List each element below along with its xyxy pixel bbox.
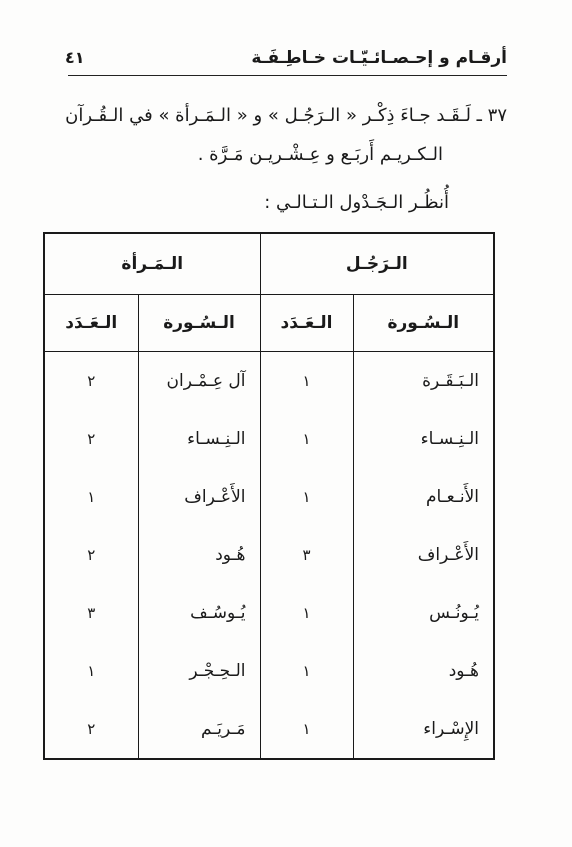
surah-cell-man: الـنِـسـاء [353,410,494,468]
surah-cell-man: الأَعْـراف [353,526,494,584]
surah-count-table: الـرَجُـل الـمَـرأة الـسُـورة الـعَـدَد … [43,232,495,760]
header-rule [68,75,507,76]
page-number: ٤١ [65,48,85,67]
table-row: الـنِـسـاء١الـنِـسـاء٢ [44,410,494,468]
count-cell-woman: ٢ [44,352,138,411]
group-header-woman: الـمَـرأة [44,233,260,295]
paragraph: ٣٧ ـ لَـقَـد جـاءَ ذِكْـر « الـرَجُـل » … [60,96,507,222]
book-page: أرقـام و إحـصـائـيّـات خـاطِـفَـة ٤١ ٣٧ … [0,0,572,847]
count-cell-man: ١ [260,642,353,700]
column-header-count-man: الـعَـدَد [260,295,353,352]
surah-cell-woman: آل عِـمْـران [138,352,260,411]
surah-cell-woman: هُـود [138,526,260,584]
count-cell-woman: ٢ [44,410,138,468]
table-row: الـبَـقَـرة١آل عِـمْـران٢ [44,352,494,411]
surah-cell-man: الـبَـقَـرة [353,352,494,411]
column-header-surah-man: الـسُـورة [353,295,494,352]
count-cell-woman: ٢ [44,526,138,584]
count-cell-man: ٣ [260,526,353,584]
table-row: هُـود١الـحِـجْـر١ [44,642,494,700]
surah-cell-woman: يُـوسُـف [138,584,260,642]
group-header-man: الـرَجُـل [260,233,494,295]
surah-cell-woman: مَـريَـم [138,700,260,759]
count-cell-woman: ٣ [44,584,138,642]
book-title: أرقـام و إحـصـائـيّـات خـاطِـفَـة [251,48,507,68]
surah-cell-man: الإِسْـراء [353,700,494,759]
paragraph-line-2: الـكـريـم أَربَـع و عِـشْـريـن مَـرَّة . [60,135,443,174]
surah-cell-woman: الـنِـسـاء [138,410,260,468]
count-cell-man: ١ [260,352,353,411]
column-header-surah-woman: الـسُـورة [138,295,260,352]
running-head: أرقـام و إحـصـائـيّـات خـاطِـفَـة ٤١ [65,0,507,68]
paragraph-line-3: أُنظُـر الـجَـدْول الـتـالـي : [60,183,449,222]
surah-cell-woman: الـحِـجْـر [138,642,260,700]
paragraph-line-1: ٣٧ ـ لَـقَـد جـاءَ ذِكْـر « الـرَجُـل » … [60,96,507,135]
surah-cell-man: يُـونُـس [353,584,494,642]
count-cell-woman: ٢ [44,700,138,759]
table-row: يُـونُـس١يُـوسُـف٣ [44,584,494,642]
count-cell-man: ١ [260,410,353,468]
column-header-count-woman: الـعَـدَد [44,295,138,352]
surah-cell-man: الأَنـعـام [353,468,494,526]
column-header-row: الـسُـورة الـعَـدَد الـسُـورة الـعَـدَد [44,295,494,352]
count-cell-man: ١ [260,468,353,526]
surah-cell-woman: الأَعْـراف [138,468,260,526]
group-header-row: الـرَجُـل الـمَـرأة [44,233,494,295]
count-cell-man: ١ [260,700,353,759]
count-cell-woman: ١ [44,642,138,700]
table-body: الـبَـقَـرة١آل عِـمْـران٢الـنِـسـاء١الـن… [44,352,494,760]
count-cell-man: ١ [260,584,353,642]
table-row: الأَعْـراف٣هُـود٢ [44,526,494,584]
surah-cell-man: هُـود [353,642,494,700]
count-cell-woman: ١ [44,468,138,526]
table-row: الأَنـعـام١الأَعْـراف١ [44,468,494,526]
table-row: الإِسْـراء١مَـريَـم٢ [44,700,494,759]
